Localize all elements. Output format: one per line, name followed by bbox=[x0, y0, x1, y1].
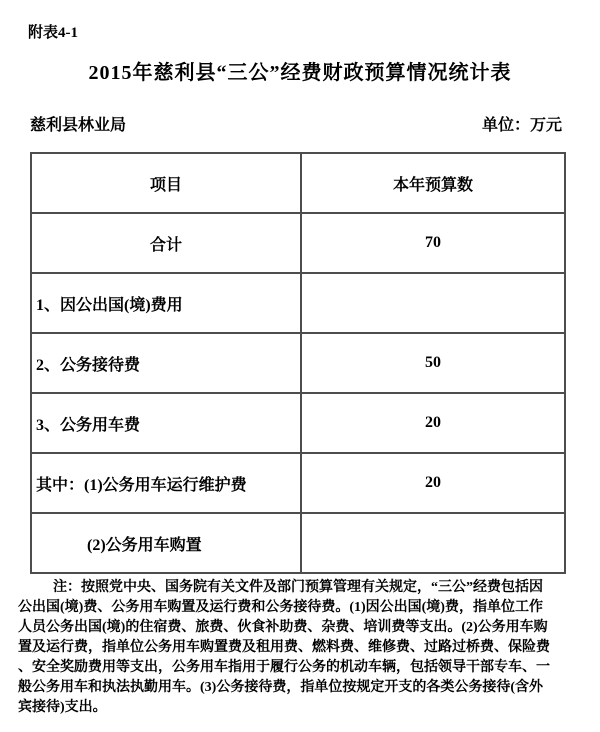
footnote-line: 人员公务出国(境)的住宿费、旅费、伙食补助费、杂费、培训费等支出。(2)公务用车… bbox=[18, 618, 588, 638]
page-title: 2015年慈利县“三公”经费财政预算情况统计表 bbox=[0, 56, 600, 85]
row-budget-value: 50 bbox=[301, 333, 565, 393]
table-header-row: 项目 本年预算数 bbox=[31, 153, 565, 213]
table-row-vehicle-purchase: (2)公务用车购置 bbox=[31, 513, 565, 573]
footnote-line: 置及运行费，指单位公务用车购置费及租用费、燃料费、维修费、过路过桥费、保险费 bbox=[18, 638, 588, 658]
footnote-line: 宾接待)支出。 bbox=[18, 698, 588, 718]
department-name: 慈利县林业局 bbox=[30, 112, 126, 135]
row-item-label: 2、公务接待费 bbox=[31, 333, 301, 393]
column-header-item: 项目 bbox=[31, 153, 301, 213]
footnote-line: 、安全奖励费用等支出，公务用车指用于履行公务的机动车辆，包括领导干部专车、一 bbox=[18, 658, 588, 678]
footnote: 注：按照党中央、国务院有关文件及部门预算管理有关规定，“三公”经费包括因 公出国… bbox=[18, 578, 588, 718]
table-row-vehicle-maintenance: 其中：(1)公务用车运行维护费 20 bbox=[31, 453, 565, 513]
table-row-abroad-expense: 1、因公出国(境)费用 bbox=[31, 273, 565, 333]
table-row-reception-expense: 2、公务接待费 50 bbox=[31, 333, 565, 393]
row-item-label: 1、因公出国(境)费用 bbox=[31, 273, 301, 333]
document-page: 附表4-1 2015年慈利县“三公”经费财政预算情况统计表 慈利县林业局 单位：… bbox=[0, 0, 600, 732]
budget-table: 项目 本年预算数 合计 70 1、因公出国(境)费用 2、公务接待费 50 3、… bbox=[30, 152, 566, 574]
row-item-label: 其中：(1)公务用车运行维护费 bbox=[31, 453, 301, 513]
row-item-label: (2)公务用车购置 bbox=[31, 513, 301, 573]
row-item-label: 合计 bbox=[31, 213, 301, 273]
meta-row: 慈利县林业局 单位：万元 bbox=[30, 112, 562, 135]
appendix-label: 附表4-1 bbox=[28, 21, 78, 42]
table-row-vehicle-expense: 3、公务用车费 20 bbox=[31, 393, 565, 453]
table-row-total: 合计 70 bbox=[31, 213, 565, 273]
row-budget-value: 70 bbox=[301, 213, 565, 273]
row-budget-value: 20 bbox=[301, 453, 565, 513]
footnote-line: 公出国(境)费、公务用车购置及运行费和公务接待费。(1)因公出国(境)费，指单位… bbox=[18, 598, 588, 618]
column-header-budget: 本年预算数 bbox=[301, 153, 565, 213]
footnote-line: 注：按照党中央、国务院有关文件及部门预算管理有关规定，“三公”经费包括因 bbox=[18, 578, 588, 598]
footnote-line: 般公务用车和执法执勤用车。(3)公务接待费，指单位按规定开支的各类公务接待(含外 bbox=[18, 678, 588, 698]
row-item-label: 3、公务用车费 bbox=[31, 393, 301, 453]
row-budget-value bbox=[301, 273, 565, 333]
row-budget-value: 20 bbox=[301, 393, 565, 453]
unit-label: 单位：万元 bbox=[482, 112, 562, 135]
row-budget-value bbox=[301, 513, 565, 573]
